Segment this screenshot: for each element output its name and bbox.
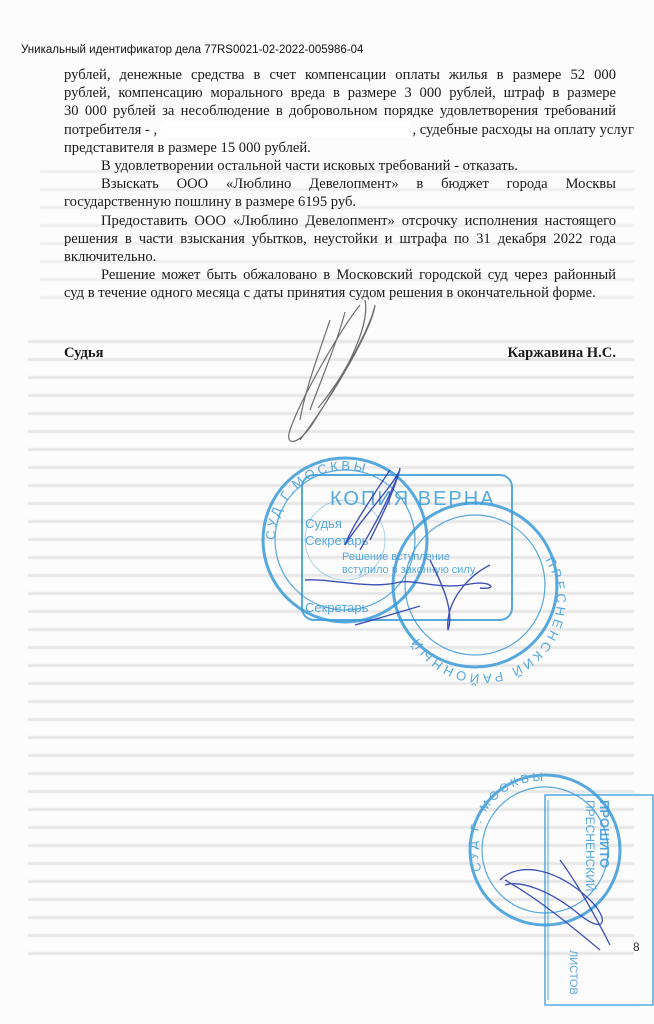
svg-text:Секретарь: Секретарь [305,600,369,615]
svg-text:ПРЕСНЕНСКИЙ: ПРЕСНЕНСКИЙ [583,800,598,892]
court-seal-right: ПРЕСНЕНСКИЙ РАЙОННЫЙ [393,503,569,686]
page-number: 8 [633,940,640,954]
svg-text:вступило в законную силу: вступило в законную силу [342,564,476,576]
document-page: Уникальный идентификатор дела 77RS0021-0… [0,0,654,1024]
stamps-and-signatures: СУД Г.МОСКВЫ КОПИЯ ВЕРНА Судья Секретарь… [0,0,654,1024]
svg-text:Судья: Судья [305,516,342,531]
svg-text:Секретарь: Секретарь [305,533,369,548]
svg-text:СУД Г. МОСКВЫ: СУД Г. МОСКВЫ [466,770,546,874]
svg-text:КОПИЯ ВЕРНА: КОПИЯ ВЕРНА [330,488,496,510]
svg-text:ПРОШИТО: ПРОШИТО [597,800,612,868]
judge-signature [289,300,375,441]
copy-certified-stamp: КОПИЯ ВЕРНА Судья Секретарь Решение всту… [302,475,512,620]
svg-text:ЛИСТОВ: ЛИСТОВ [567,950,579,995]
